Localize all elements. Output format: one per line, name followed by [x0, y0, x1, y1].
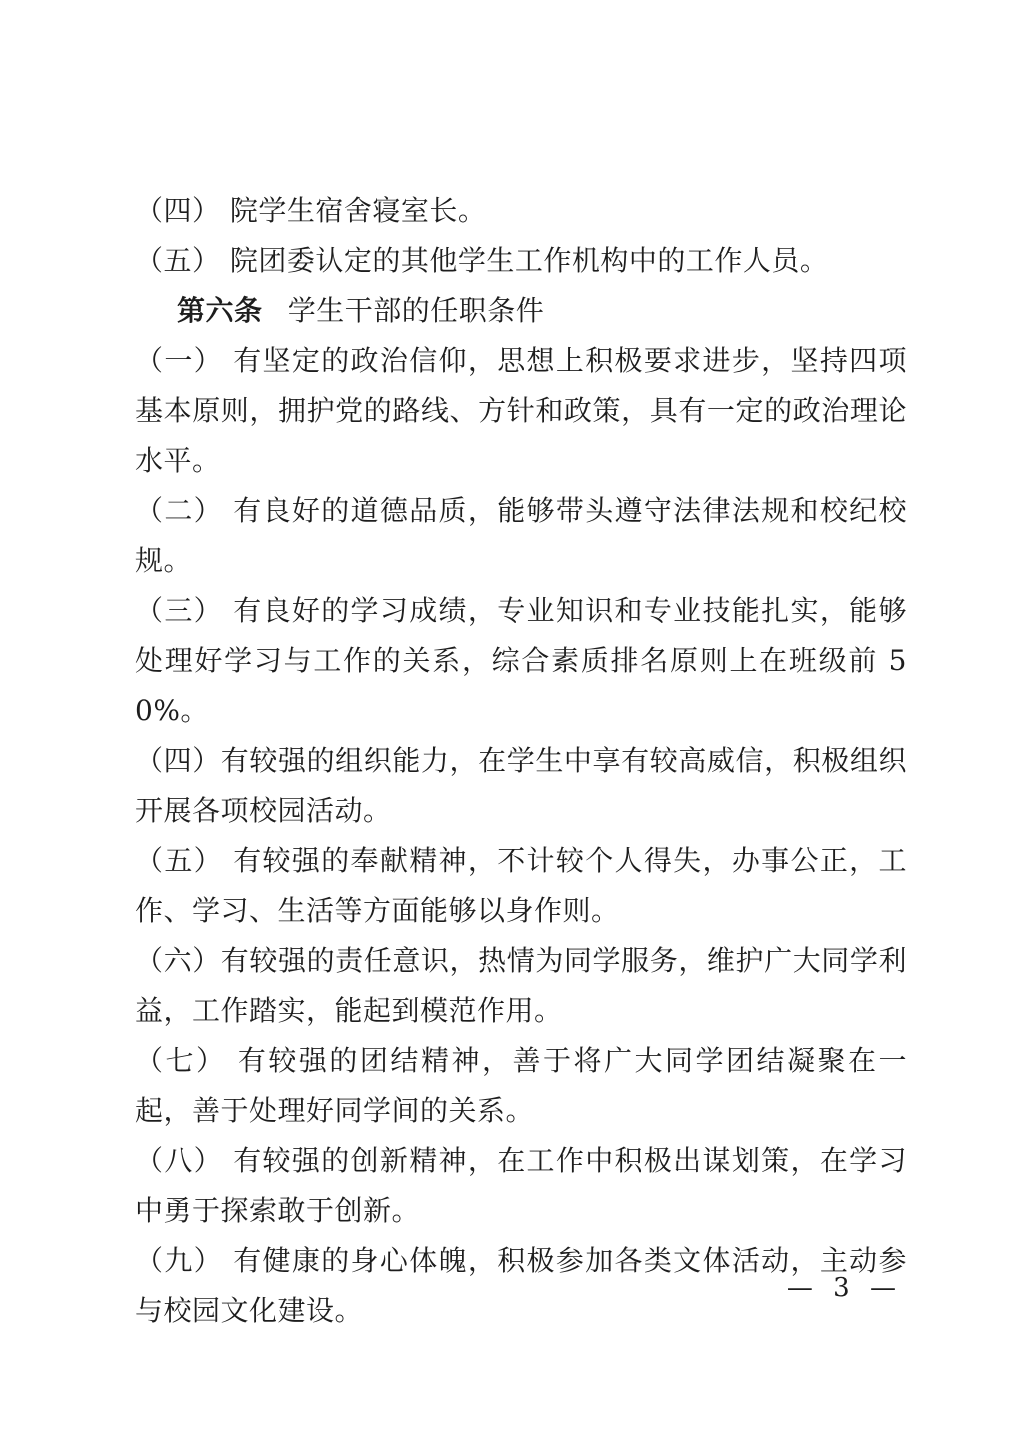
- condition-item-5: （五） 有较强的奉献精神，不计较个人得失，办事公正，工作、学习、生活等方面能够以…: [135, 836, 907, 936]
- condition-item-4: （四）有较强的组织能力，在学生中享有较高威信，积极组织开展各项校园活动。: [135, 736, 907, 836]
- condition-item-2: （二） 有良好的道德品质，能够带头遵守法律法规和校纪校规。: [135, 486, 907, 586]
- condition-item-1: （一） 有坚定的政治信仰，思想上积极要求进步，坚持四项基本原则，拥护党的路线、方…: [135, 336, 907, 486]
- condition-item-8: （八） 有较强的创新精神，在工作中积极出谋划策，在学习中勇于探索敢于创新。: [135, 1136, 907, 1236]
- article-title: 学生干部的任职条件: [288, 294, 545, 327]
- condition-item-6: （六）有较强的责任意识，热情为同学服务，维护广大同学利益，工作踏实，能起到模范作…: [135, 936, 907, 1036]
- article-number: 第六条: [177, 294, 263, 327]
- list-item-dorm-leader: （四） 院学生宿舍寝室长。: [135, 186, 907, 236]
- condition-item-3: （三） 有良好的学习成绩，专业知识和专业技能扎实，能够处理好学习与工作的关系，综…: [135, 586, 907, 736]
- article-heading: 第六条学生干部的任职条件: [135, 286, 907, 336]
- condition-item-7: （七） 有较强的团结精神，善于将广大同学团结凝聚在一起，善于处理好同学间的关系。: [135, 1036, 907, 1136]
- document-page: （四） 院学生宿舍寝室长。 （五） 院团委认定的其他学生工作机构中的工作人员。 …: [0, 0, 1024, 1447]
- list-item-other-staff: （五） 院团委认定的其他学生工作机构中的工作人员。: [135, 236, 907, 286]
- document-body: （四） 院学生宿舍寝室长。 （五） 院团委认定的其他学生工作机构中的工作人员。 …: [135, 186, 907, 1336]
- page-number: — 3 —: [787, 1272, 896, 1304]
